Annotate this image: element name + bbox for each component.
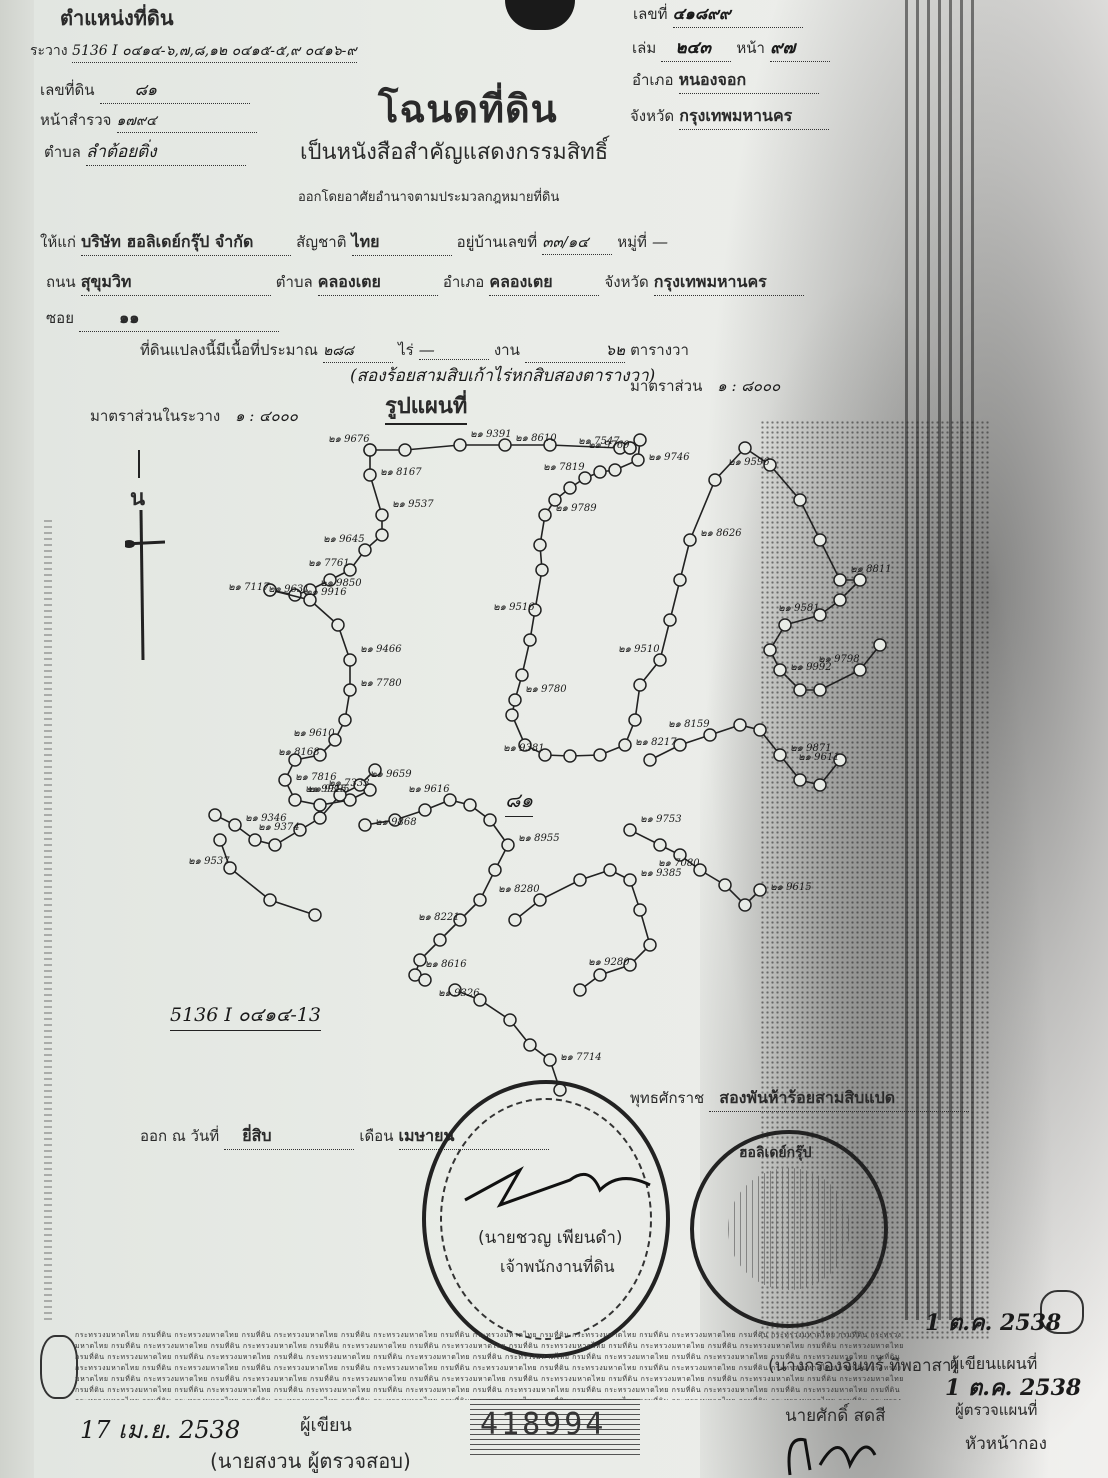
nationality-label: สัญชาติ: [296, 233, 346, 251]
map-scale-value: ๑ : ๘๐๐๐: [717, 377, 780, 395]
house-no-label: อยู่บ้านเลขที่: [457, 233, 537, 251]
corner-label: ๒๑ 9676: [328, 434, 370, 445]
corner-label: ๒๑ 9391: [470, 429, 512, 440]
corner-label: ๒๑ 8159: [668, 719, 710, 730]
sheet-reference: 5136 I ๐๔๑๔-13: [170, 1000, 321, 1031]
north-arrow: น: [125, 450, 165, 660]
province-row: จังหวัด กรุงเทพมหานคร: [630, 104, 829, 130]
rawang-value: 5136 I ๐๔๑๔-๖,๗,๘,๑๒ ๐๔๑๕-๕,๙ ๐๔๑๖-๙: [72, 40, 357, 63]
corner-label: ๒๑ 9746: [648, 452, 690, 463]
issue-year-label: พุทธศักราช: [630, 1089, 704, 1107]
owner-name: บริษัท ฮอลิเดย์กรุ๊ป จำกัด: [81, 230, 291, 256]
page-label: หน้า: [736, 39, 765, 57]
area-row: ที่ดินแปลงนี้มีเนื้อที่ประมาณ ๒๘๘ ไร่ — …: [140, 338, 689, 363]
land-no-value: ๘๑: [100, 78, 250, 104]
corner-label: ๒๑ 8221: [418, 912, 460, 923]
issue-month-label: เดือน: [359, 1127, 393, 1145]
head-signature: [780, 1425, 890, 1478]
security-strip: [905, 0, 975, 1320]
corner-label: ๒๑ 8811: [850, 564, 892, 575]
soi-row: ซอย ๑๑: [46, 306, 279, 332]
bottom-official-name: (นายสงวน ผู้ตรวจสอบ): [210, 1445, 411, 1477]
corner-label: ๒๑ 8955: [518, 833, 560, 844]
tambon-label: ตำบล: [44, 143, 81, 161]
section-title: ตำแหน่งที่ดิน: [60, 2, 174, 34]
owner-row: ให้แก่ บริษัท ฮอลิเดย์กรุ๊ป จำกัด สัญชาต…: [40, 230, 668, 256]
corner-label: ๒๑ 9780: [525, 684, 567, 695]
corner-label: ๒๑ 7761: [308, 558, 350, 569]
area-ngan-value: —: [419, 340, 489, 360]
soi-label: ซอย: [46, 309, 74, 327]
corner-label: ๒๑ 9616: [408, 784, 450, 795]
corner-label: ๒๑ 7819: [543, 462, 585, 473]
land-officer-name: (นายชวญ เพียนดำ): [478, 1224, 623, 1251]
corner-label: ๒๑ 7080: [658, 858, 700, 869]
issue-year-row: พุทธศักราช สองพันห้าร้อยสามสิบแปด: [630, 1086, 969, 1112]
corner-label: ๒๑ 8280: [498, 884, 540, 895]
ornament-left-icon: [40, 1335, 78, 1399]
soi-value: ๑๑: [79, 306, 279, 332]
area-intro: ที่ดินแปลงนี้มีเนื้อที่ประมาณ: [140, 341, 318, 359]
tambon-value: ลำต้อยติ่ง: [86, 138, 246, 166]
corner-label: ๒๑ 9385: [640, 868, 682, 879]
map-scale-label: มาตราส่วน: [630, 377, 702, 395]
corner-label: ๒๑ 8626: [700, 528, 742, 539]
corner-label: ๒๑ 8167: [380, 467, 422, 478]
corner-label: ๒๑ 7816: [295, 772, 337, 783]
survey-page-value: ๑๗๙๔: [117, 110, 257, 133]
serial-number: 418994: [480, 1407, 606, 1442]
book-row: เล่ม ๒๔๓ หน้า ๙๗: [632, 34, 830, 62]
nationality-value: ไทย: [352, 230, 452, 256]
area-in-words: (สองร้อยสามสิบเก้าไร่หกสิบสองตารางวา): [350, 362, 655, 389]
corner-label: ๒๑ 9868: [375, 817, 417, 828]
corner-label: ๒๑ 8610: [515, 433, 557, 444]
page-gutter: [0, 0, 34, 1478]
corner-label: ๒๑ 9395: [308, 784, 350, 795]
book-label: เล่ม: [632, 39, 656, 57]
corner-label: ๒๑ 9610: [293, 728, 335, 739]
corner-label: ๒๑ 9645: [323, 534, 365, 545]
corner-label: ๒๑ 9374: [258, 822, 300, 833]
corner-label: ๒๑ 9280: [588, 957, 630, 968]
corner-label: ๒๑ 9615: [770, 882, 812, 893]
verifier-role: ผู้ตรวจแผนที่: [955, 1398, 1037, 1422]
issued-on-label: ออก ณ วันที่: [140, 1127, 219, 1145]
amphoe-label: อำเภอ: [632, 71, 673, 89]
writer-date: 17 เม.ย. 2538: [80, 1410, 240, 1449]
corner-label: ๒๑ 8168: [278, 747, 320, 758]
corner-label: ๒๑ 9850: [320, 578, 362, 589]
parcel-map: ๒๑ 9676๒๑ 8610๒๑ 9769๒๑ 9537๒๑ 7761๒๑ 99…: [160, 400, 900, 1100]
land-no-row: เลขที่ดิน ๘๑: [40, 78, 250, 104]
amphoe-row: อำเภอ หนองจอก: [632, 68, 819, 94]
land-no-label: เลขที่ดิน: [40, 81, 94, 99]
road-row: ถนน สุขุมวิท ตำบล คลองเตย อำเภอ คลองเตย …: [46, 270, 804, 296]
parcel-number: ๘๑: [505, 784, 533, 817]
corner-label: ๒๑ 9596: [728, 457, 770, 468]
head-label: หัวหน้ากอง: [965, 1430, 1047, 1457]
company-stamp: ฮอลิเดย์กรุ๊ป: [690, 1130, 888, 1328]
corner-label: ๒๑ 9466: [360, 644, 402, 655]
corner-label: ๒๑ 9537: [188, 856, 230, 867]
corner-label: ๒๑ 9516: [493, 602, 535, 613]
issue-year: สองพันห้าร้อยสามสิบแปด: [709, 1086, 969, 1112]
area-wa-value: ๖๒: [525, 338, 625, 363]
land-officer-signature: [460, 1160, 660, 1220]
deed-no-row: เลขที่ ๔๑๘๙๙: [633, 2, 803, 28]
company-stamp-text: ฮอลิเดย์กรุ๊ป: [739, 1142, 812, 1164]
owner-province-value: กรุงเทพมหานคร: [654, 270, 804, 296]
north-label: น: [130, 480, 145, 515]
corner-label: ๒๑ 9510: [618, 644, 660, 655]
corner-label: ๒๑ 8616: [425, 959, 467, 970]
moo-value: —: [652, 232, 668, 251]
corner-label: ๒๑ 9326: [438, 988, 480, 999]
deed-no-label: เลขที่: [633, 5, 667, 23]
issued-by: ออกโดยอาศัยอำนาจตามประมวลกฎหมายที่ดิน: [298, 186, 559, 207]
corner-label: ๒๑ 9659: [370, 769, 412, 780]
corner-label: ๒๑ 8217: [635, 737, 677, 748]
corner-label: ๒๑ 9537: [392, 499, 434, 510]
rawang-label: ระวาง: [30, 43, 68, 59]
road-value: สุขุมวิท: [81, 270, 271, 296]
owner-amphoe-label: อำเภอ: [443, 273, 484, 291]
area-rai-label: ไร่: [398, 341, 414, 359]
survey-page-label: หน้าสำรวจ: [40, 111, 111, 129]
micro-strip-left: [44, 520, 52, 1320]
corner-label: ๒๑ 9581: [778, 603, 820, 614]
owner-province-label: จังหวัด: [605, 273, 649, 291]
document-subtitle: เป็นหนังสือสำคัญแสดงกรรมสิทธิ์: [300, 134, 608, 169]
house-no-value: ๓๓/๑๔: [542, 230, 612, 255]
checker-date: 1 ต.ค. 2538: [925, 1305, 1061, 1340]
page-value: ๙๗: [770, 34, 830, 62]
serial-number-box: 418994: [470, 1395, 640, 1455]
land-officer-title: เจ้าพนักงานที่ดิน: [500, 1255, 615, 1280]
corner-label: ๒๑ 9753: [640, 814, 682, 825]
province-label: จังหวัด: [630, 107, 674, 125]
book-value: ๒๔๓: [661, 34, 731, 62]
corner-label: ๒๑ 9381: [503, 743, 545, 754]
corner-label: ๒๑ 7780: [360, 678, 402, 689]
deed-no-value: ๔๑๘๙๙: [673, 2, 803, 28]
survey-page-row: หน้าสำรวจ ๑๗๙๔: [40, 108, 257, 133]
issue-day: ยี่สิบ: [224, 1124, 354, 1150]
amphoe-value: หนองจอก: [679, 68, 819, 94]
moo-label: หมู่ที่: [617, 233, 647, 251]
tambon-row: ตำบล ลำต้อยติ่ง: [44, 138, 246, 166]
corner-label: ๒๑ 9611: [798, 752, 840, 763]
corner-label: ๒๑ 9798: [818, 654, 860, 665]
corner-label: ๒๑ 7714: [560, 1052, 602, 1063]
corner-label: ๒๑ 7117: [228, 582, 270, 593]
province-value: กรุงเทพมหานคร: [679, 104, 829, 130]
owner-to-label: ให้แก่: [40, 233, 76, 251]
area-rai-value: ๒๘๘: [323, 340, 393, 363]
area-wa-label: ตารางวา: [630, 341, 689, 359]
owner-amphoe-value: คลองเตย: [489, 270, 599, 296]
map-scale: มาตราส่วน ๑ : ๘๐๐๐: [630, 374, 780, 398]
owner-tambon-value: คลองเตย: [318, 270, 438, 296]
road-label: ถนน: [46, 273, 76, 291]
rawang-row: ระวาง 5136 I ๐๔๑๔-๖,๗,๘,๑๒ ๐๔๑๕-๕,๙ ๐๔๑๖…: [30, 40, 357, 63]
corner-label: ๒๑ 7547: [578, 436, 620, 447]
owner-tambon-label: ตำบล: [276, 273, 313, 291]
checker-name: (นางกรองจันทร์ ทิพอาสา): [768, 1352, 958, 1379]
corner-label: ๒๑ 9631: [268, 584, 310, 595]
area-ngan-label: งาน: [494, 341, 520, 359]
writer-label: ผู้เขียน: [300, 1410, 352, 1439]
corner-label: ๒๑ 9789: [555, 503, 597, 514]
document-title: โฉนดที่ดิน: [378, 78, 558, 139]
